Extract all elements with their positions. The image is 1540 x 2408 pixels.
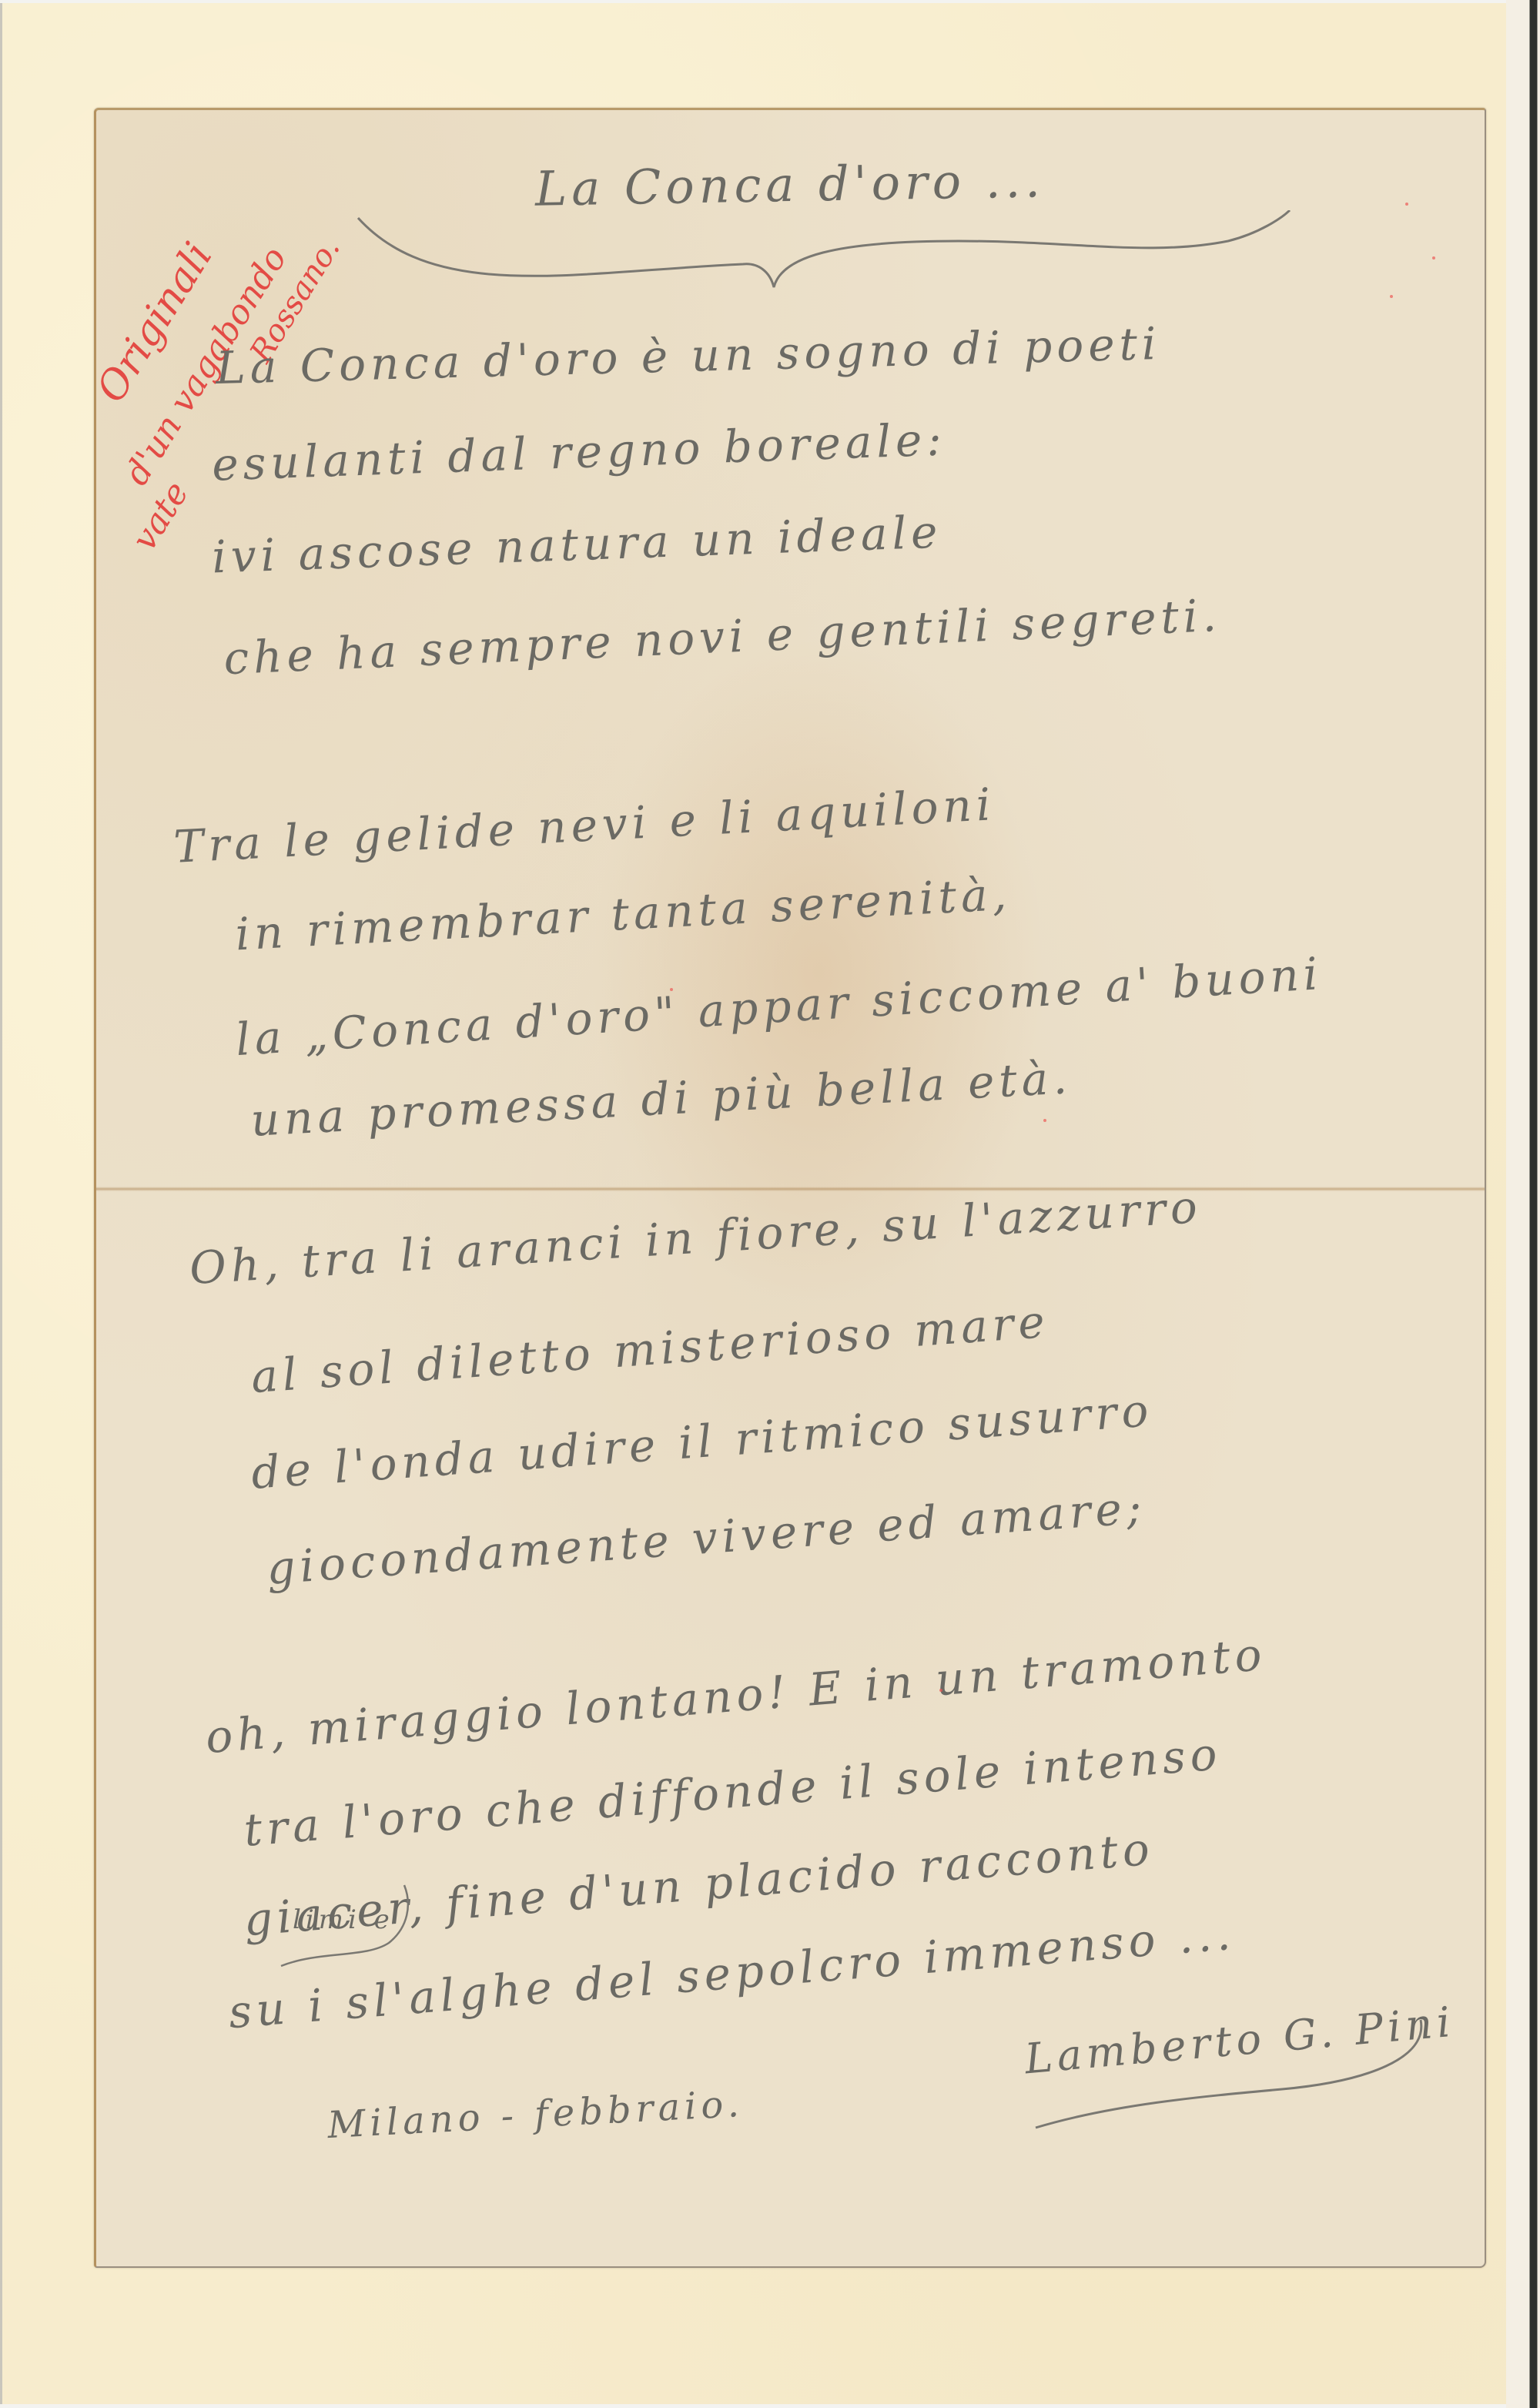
verse-line: giocondamente vivere ed amare;	[265, 1481, 1147, 1595]
verse-line: in rimembrar tanta serenità,	[234, 868, 1013, 961]
ink-speck	[670, 988, 673, 991]
verse-line: Tra le gelide nevi e li aquiloni	[172, 778, 996, 873]
verse-line: che ha sempre novi e gentili segreti.	[223, 589, 1222, 685]
signature-flourish	[1028, 2012, 1428, 2135]
dateline: Milano - febbraio.	[326, 2082, 745, 2147]
fold-crease	[96, 1187, 1485, 1191]
ink-speck	[939, 1689, 942, 1692]
red-annotation-line-3: vate	[125, 475, 196, 558]
verse-line: la „Conca d'oro" appar siccome a' buoni	[234, 947, 1324, 1066]
verse-line: ivi ascose natura un ideale	[211, 505, 942, 583]
verse-line: al sol diletto misterioso mare	[249, 1295, 1051, 1403]
manuscript-sheet: Originali d'un vagabondo vate Rossano. L…	[94, 108, 1486, 2268]
verse-line: esulanti dal regno boreale:	[211, 413, 947, 491]
verse-line: La Conca d'oro è un sogno di poeti	[215, 317, 1161, 394]
ink-speck	[1405, 203, 1408, 206]
ink-speck	[1043, 1119, 1046, 1122]
title-underline-flourish	[343, 210, 1297, 303]
ink-speck	[1432, 256, 1435, 260]
verse-line: de l'onda udire il ritmico susurro	[249, 1384, 1154, 1499]
verse-line: una promessa di più bella età.	[249, 1051, 1073, 1147]
verse-line: Oh, tra li aranci in fiore, su l'azzurro	[188, 1181, 1203, 1294]
scanner-edge	[1506, 0, 1540, 2408]
poem-title: La Conca d'oro ...	[534, 152, 1045, 217]
ink-speck	[1390, 295, 1393, 298]
